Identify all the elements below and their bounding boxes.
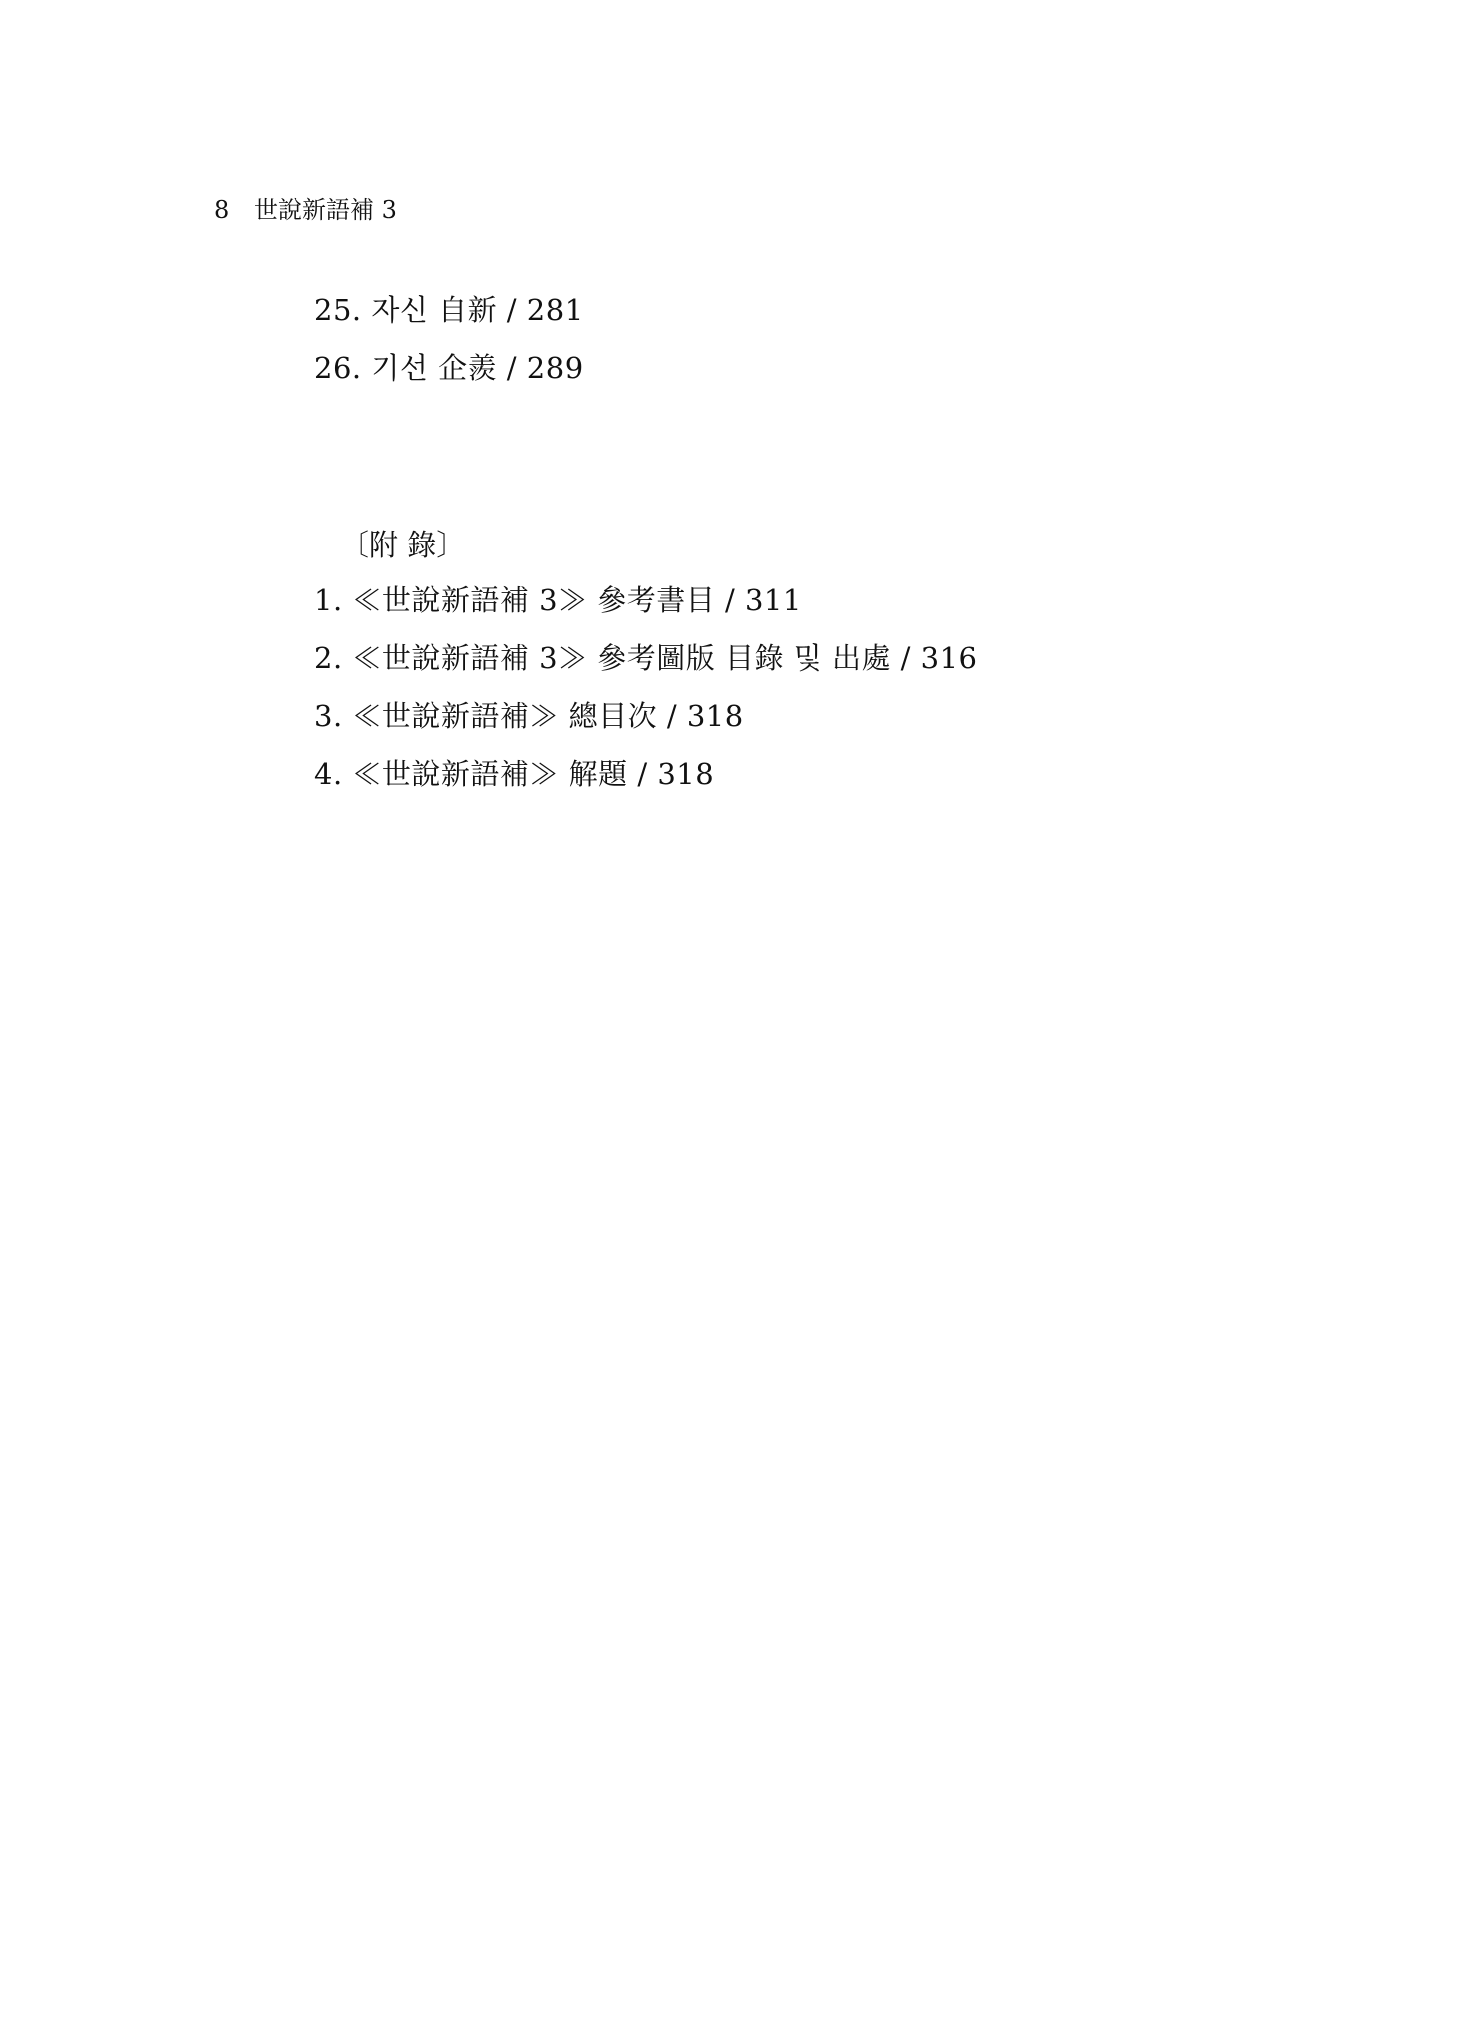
appendix-entry: 3. ≪世說新語補≫ 總目次 / 318 [314,698,744,734]
appendix-heading: 〔附 錄〕 [340,526,465,564]
running-head: 8世說新語補 3 [214,194,397,226]
book-title: 世說新語補 3 [254,196,397,224]
page-number: 8 [214,194,254,226]
toc-entry: 25. 자신 自新 / 281 [314,292,584,328]
toc-entry: 26. 기선 企羨 / 289 [314,350,584,386]
appendix-entry: 2. ≪世說新語補 3≫ 參考圖版 目錄 및 出處 / 316 [314,640,978,676]
appendix-entry: 4. ≪世說新語補≫ 解題 / 318 [314,756,714,792]
appendix-entry: 1. ≪世說新語補 3≫ 參考書目 / 311 [314,582,802,618]
